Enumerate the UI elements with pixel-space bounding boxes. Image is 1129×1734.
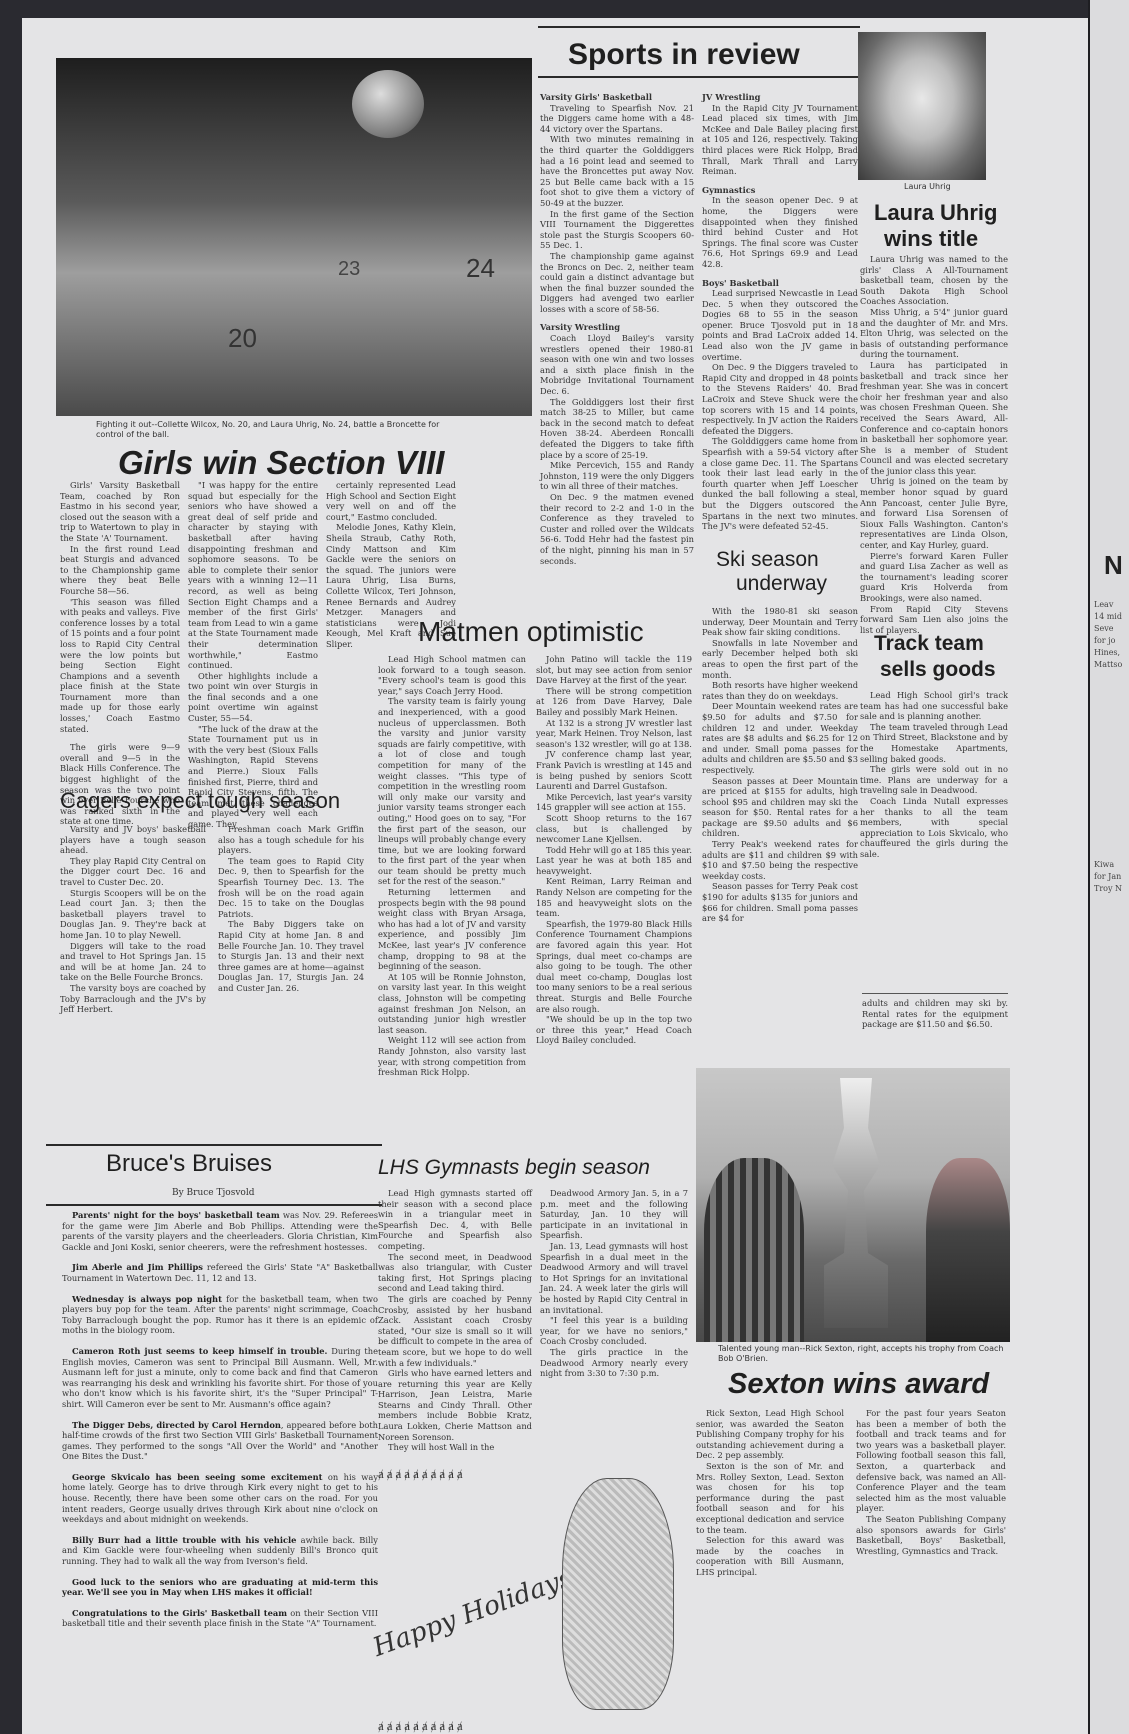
adjacent-text-fragment: Mattso	[1094, 660, 1122, 669]
sports-review-col-1: Varsity Girls' Basketball Traveling to S…	[540, 92, 694, 566]
holiday-ornament-row-bottom: ⱥⱥⱥⱥⱥⱥⱥⱥⱥⱥ	[378, 1718, 466, 1734]
laura-column: Laura Uhrig was named to the girls' Clas…	[860, 254, 1008, 635]
basketball-photo-caption: Fighting it out--Collette Wilcox, No. 20…	[96, 420, 456, 440]
bruises-item: Congratulations to the Girls' Basketball…	[62, 1608, 378, 1629]
track-column: Lead High School girl's track team has h…	[860, 690, 1008, 860]
bruises-item: Jim Aberle and Jim Phillips refereed the…	[62, 1262, 378, 1283]
sports-review-bottom-rule	[538, 76, 860, 78]
laura-headline-line-1: Laura Uhrig	[874, 200, 997, 226]
girls-col-2: "I was happy for the entire squad but es…	[188, 480, 318, 830]
bruises-item: Good luck to the seniors who are graduat…	[62, 1577, 378, 1598]
trophy-icon	[816, 1078, 896, 1328]
ski-continued: adults and children may ski by. Rental r…	[862, 993, 1008, 1030]
ski-column: With the 1980-81 ski season underway, De…	[702, 606, 858, 924]
matmen-col-2: John Patino will tackle the 119 slot, bu…	[536, 654, 692, 1046]
bruises-byline: By Bruce Tjosvold	[172, 1188, 254, 1198]
adjacent-text-fragment: for jo	[1094, 636, 1115, 645]
jersey-number-20: 20	[228, 323, 257, 354]
laura-headline-line-2: wins title	[884, 226, 978, 252]
gymnasts-headline: LHS Gymnasts begin season	[378, 1156, 650, 1180]
adjacent-text-fragment: 14 mid	[1094, 612, 1122, 621]
girls-col-1: Girls' Varsity Basketball Team, coached …	[60, 480, 180, 827]
happy-holidays-script: Happy Holidays	[369, 1563, 576, 1663]
sexton-photo-caption: Talented young man--Rick Sexton, right, …	[718, 1344, 1008, 1364]
basketball-ball	[352, 70, 424, 138]
adjacent-headline-fragment: N	[1104, 550, 1123, 581]
bruises-item: Wednesday is always pop night for the ba…	[62, 1294, 378, 1336]
ski-headline-line-1: Ski season	[716, 548, 819, 572]
bruises-headline: Bruce's Bruises	[106, 1150, 272, 1178]
sexton-col-2: For the past four years Seaton has been …	[856, 1408, 1006, 1556]
rick-sexton-figure	[926, 1158, 1010, 1342]
jersey-number-23: 23	[338, 258, 360, 281]
sexton-trophy-photo	[696, 1068, 1010, 1342]
sexton-col-1: Rick Sexton, Lead High School senior, wa…	[696, 1408, 844, 1578]
bruises-item: The Digger Debs, directed by Carol Hernd…	[62, 1420, 378, 1462]
adjacent-text-fragment: Seve	[1094, 624, 1113, 633]
adjacent-text-fragment: Kiwa	[1094, 860, 1114, 869]
newspaper-page: 8, December 19, 1980, Lead High School 2…	[22, 18, 1129, 1734]
bruises-top-rule	[46, 1144, 382, 1146]
sports-review-top-rule	[538, 26, 860, 28]
gymnasts-col-1: Lead High gymnasts started off their sea…	[378, 1188, 532, 1453]
girls-headline: Girls win Section VIII	[118, 444, 444, 482]
track-headline-line-1: Track team	[874, 632, 984, 656]
bruises-bottom-rule	[46, 1204, 382, 1206]
cagers-col-1: Varsity and JV boys' basketball players …	[60, 824, 206, 1015]
bruises-column: Parents' night for the boys' basketball …	[62, 1210, 378, 1639]
sexton-headline: Sexton wins award	[728, 1368, 989, 1401]
bruises-item: Billy Burr had a little trouble with his…	[62, 1535, 378, 1567]
bruises-item: Cameron Roth just seems to keep himself …	[62, 1346, 378, 1410]
coach-figure	[704, 1158, 804, 1342]
cagers-headline: Cagers expect tough season	[60, 788, 340, 814]
holiday-ornament-row-top: ⱥⱥⱥⱥⱥⱥⱥⱥⱥⱥ	[378, 1466, 466, 1482]
matmen-headline: Matmen optimistic	[418, 616, 644, 648]
adjacent-text-fragment: Hines,	[1094, 648, 1120, 657]
cagers-col-2: Freshman coach Mark Griffin also has a t…	[218, 824, 364, 994]
adjacent-page-edge: N Leav 14 mid Seve for jo Hines, Mattso …	[1088, 0, 1129, 1734]
sports-review-headline: Sports in review	[568, 38, 800, 72]
basketball-photo: 20 24 23	[56, 58, 532, 416]
laura-uhrig-portrait	[858, 32, 986, 180]
bruises-item: Parents' night for the boys' basketball …	[62, 1210, 378, 1252]
drummer-doll-illustration	[562, 1478, 674, 1710]
gymnasts-col-2: Deadwood Armory Jan. 5, in a 7 p.m. meet…	[540, 1188, 688, 1379]
adjacent-text-fragment: Troy N	[1094, 884, 1122, 893]
track-headline-line-2: sells goods	[880, 658, 996, 682]
laura-photo-caption: Laura Uhrig	[904, 182, 951, 192]
jersey-number-24: 24	[466, 253, 495, 284]
bruises-item: George Skvicalo has been seeing some exc…	[62, 1472, 378, 1525]
ski-headline-line-2: underway	[736, 572, 827, 596]
sports-review-col-2: JV Wrestling In the Rapid City JV Tourna…	[702, 92, 858, 532]
matmen-col-1: Lead High School matmen can look forward…	[378, 654, 526, 1078]
adjacent-text-fragment: for Jan	[1094, 872, 1121, 881]
adjacent-text-fragment: Leav	[1094, 600, 1113, 609]
